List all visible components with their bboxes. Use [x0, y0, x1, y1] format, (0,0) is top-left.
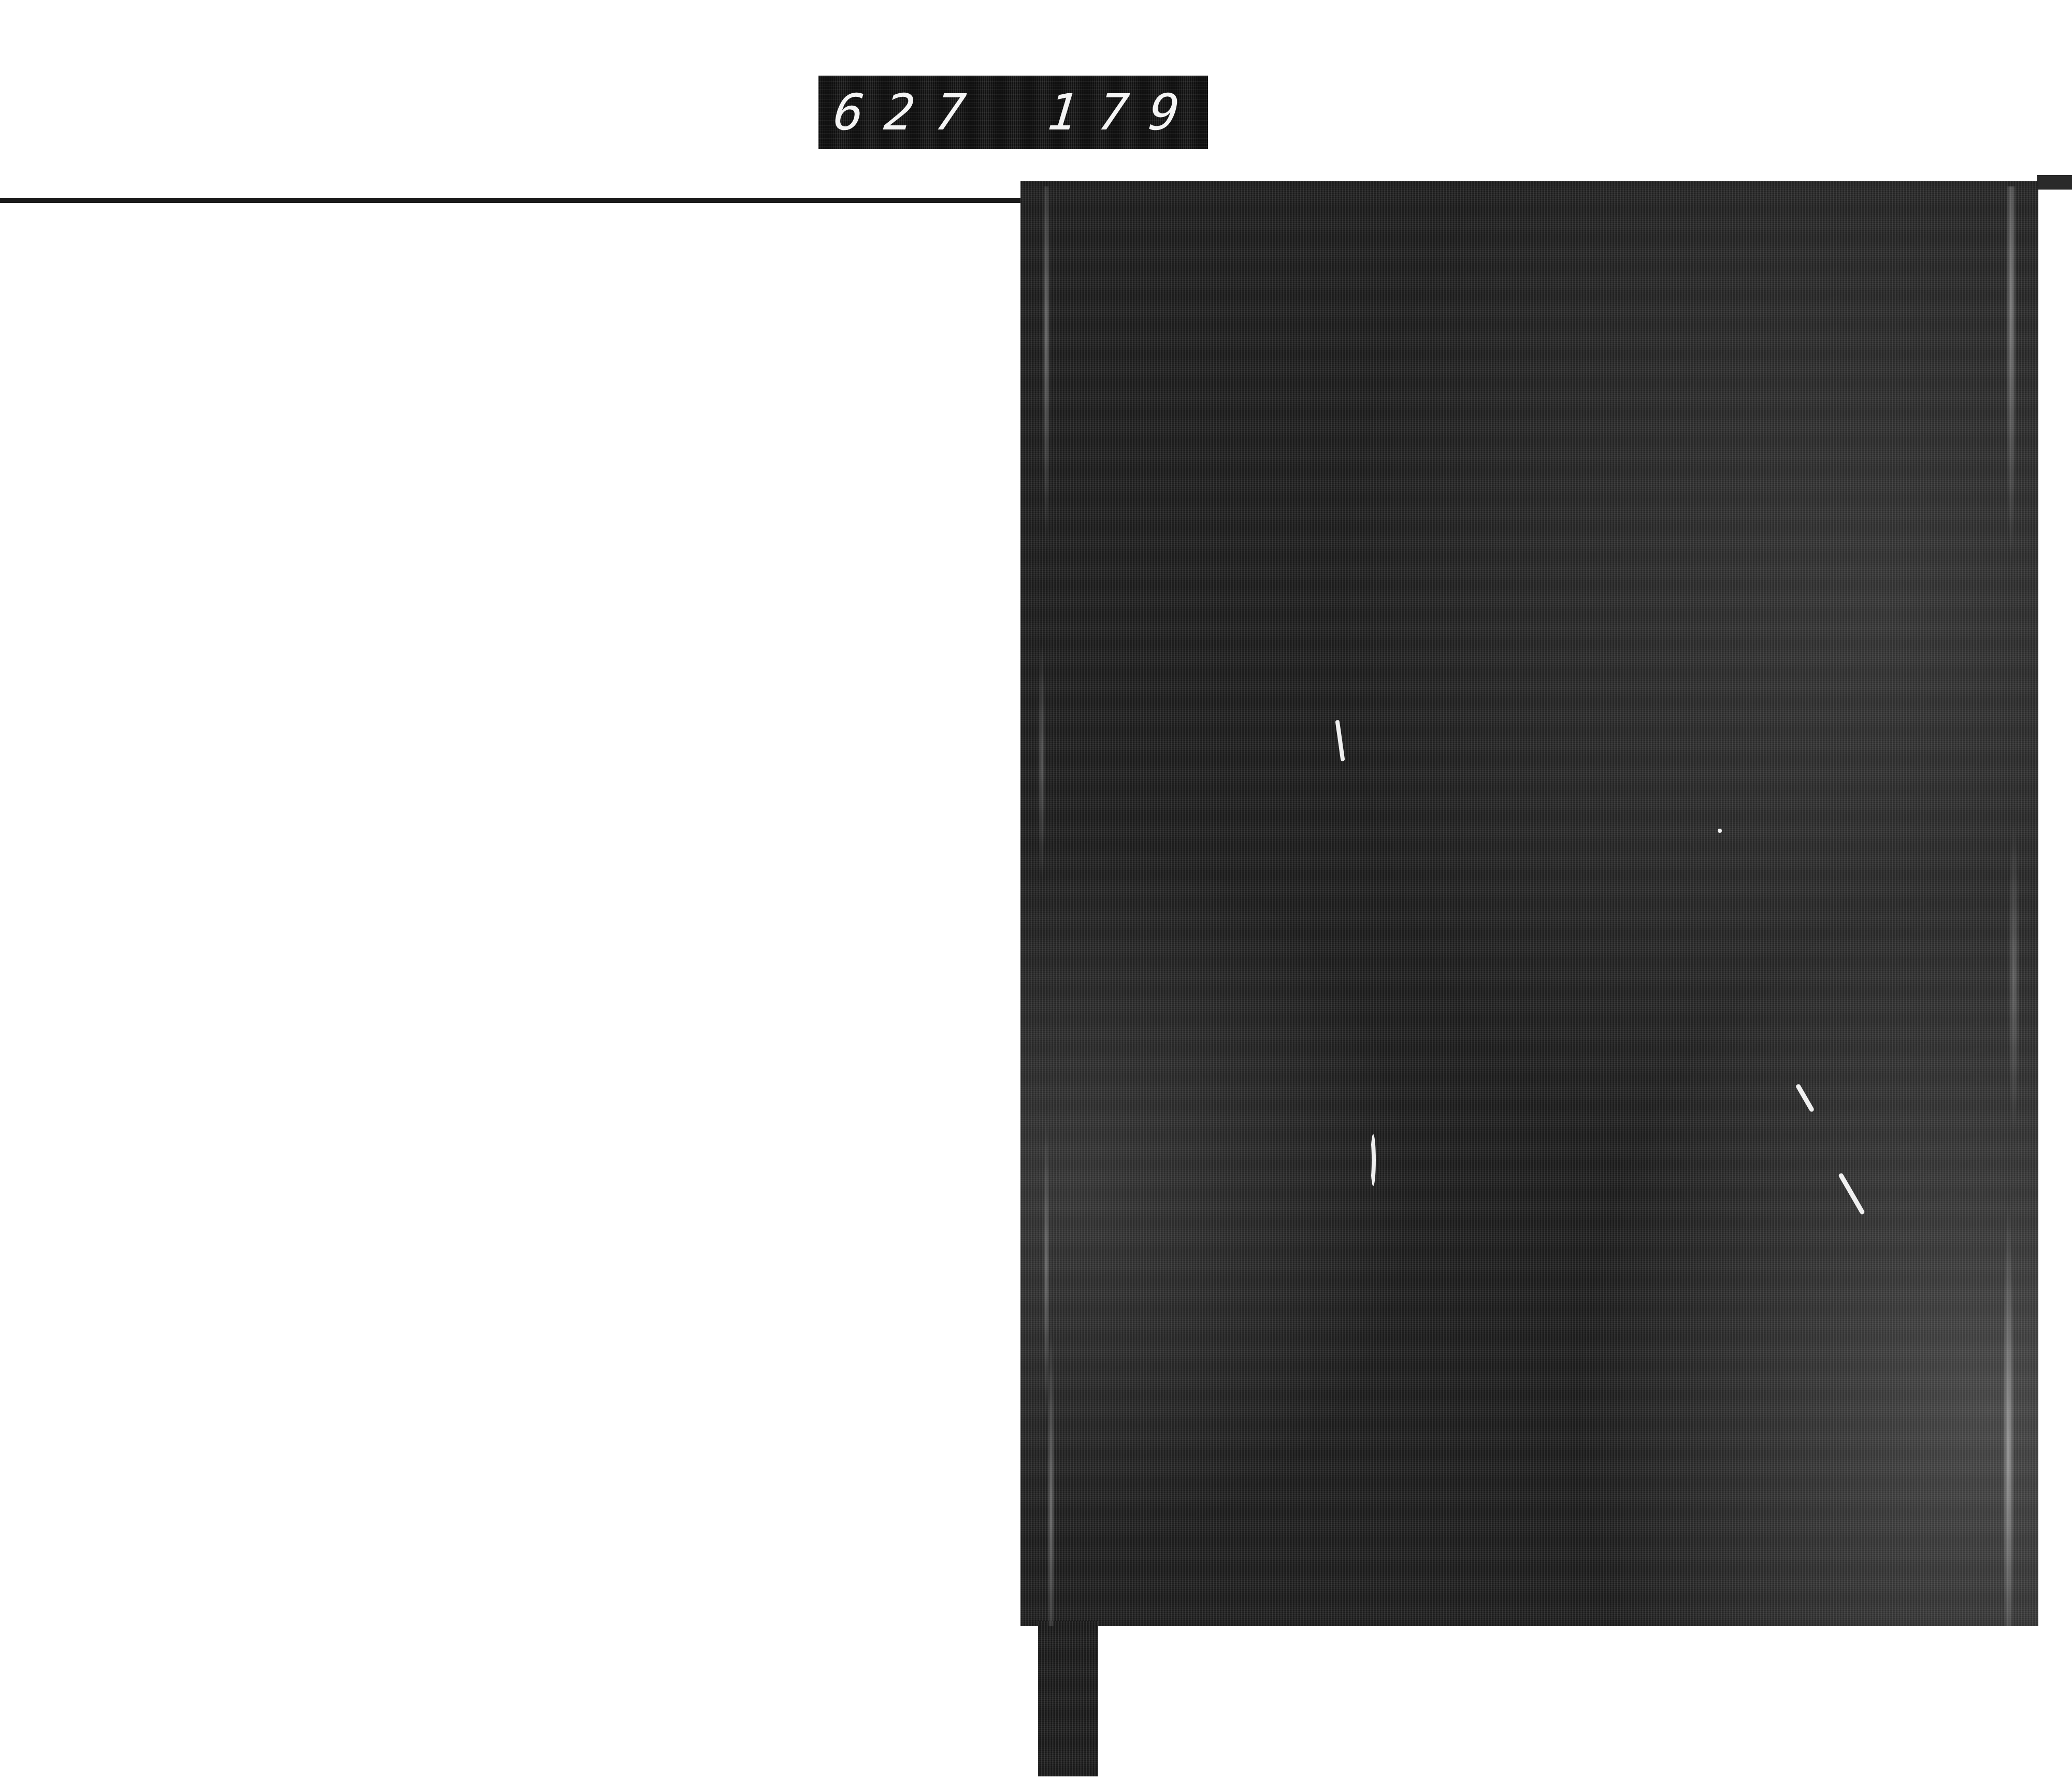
book-cover — [1020, 181, 2038, 1626]
book-spine — [1038, 1621, 1098, 1776]
scan-edge-rule-right — [2037, 175, 2072, 190]
scratch-mark — [1366, 1134, 1372, 1186]
cover-wear-right-edge — [1984, 186, 2038, 1626]
microfilm-frame-label: 627 179 — [818, 76, 1208, 149]
scan-edge-rule — [0, 198, 1036, 203]
reel-number: 627 — [831, 88, 988, 137]
cover-wear-left-edge — [1023, 186, 1070, 1626]
frame-number: 179 — [1045, 88, 1202, 137]
scratch-mark — [1718, 829, 1722, 833]
